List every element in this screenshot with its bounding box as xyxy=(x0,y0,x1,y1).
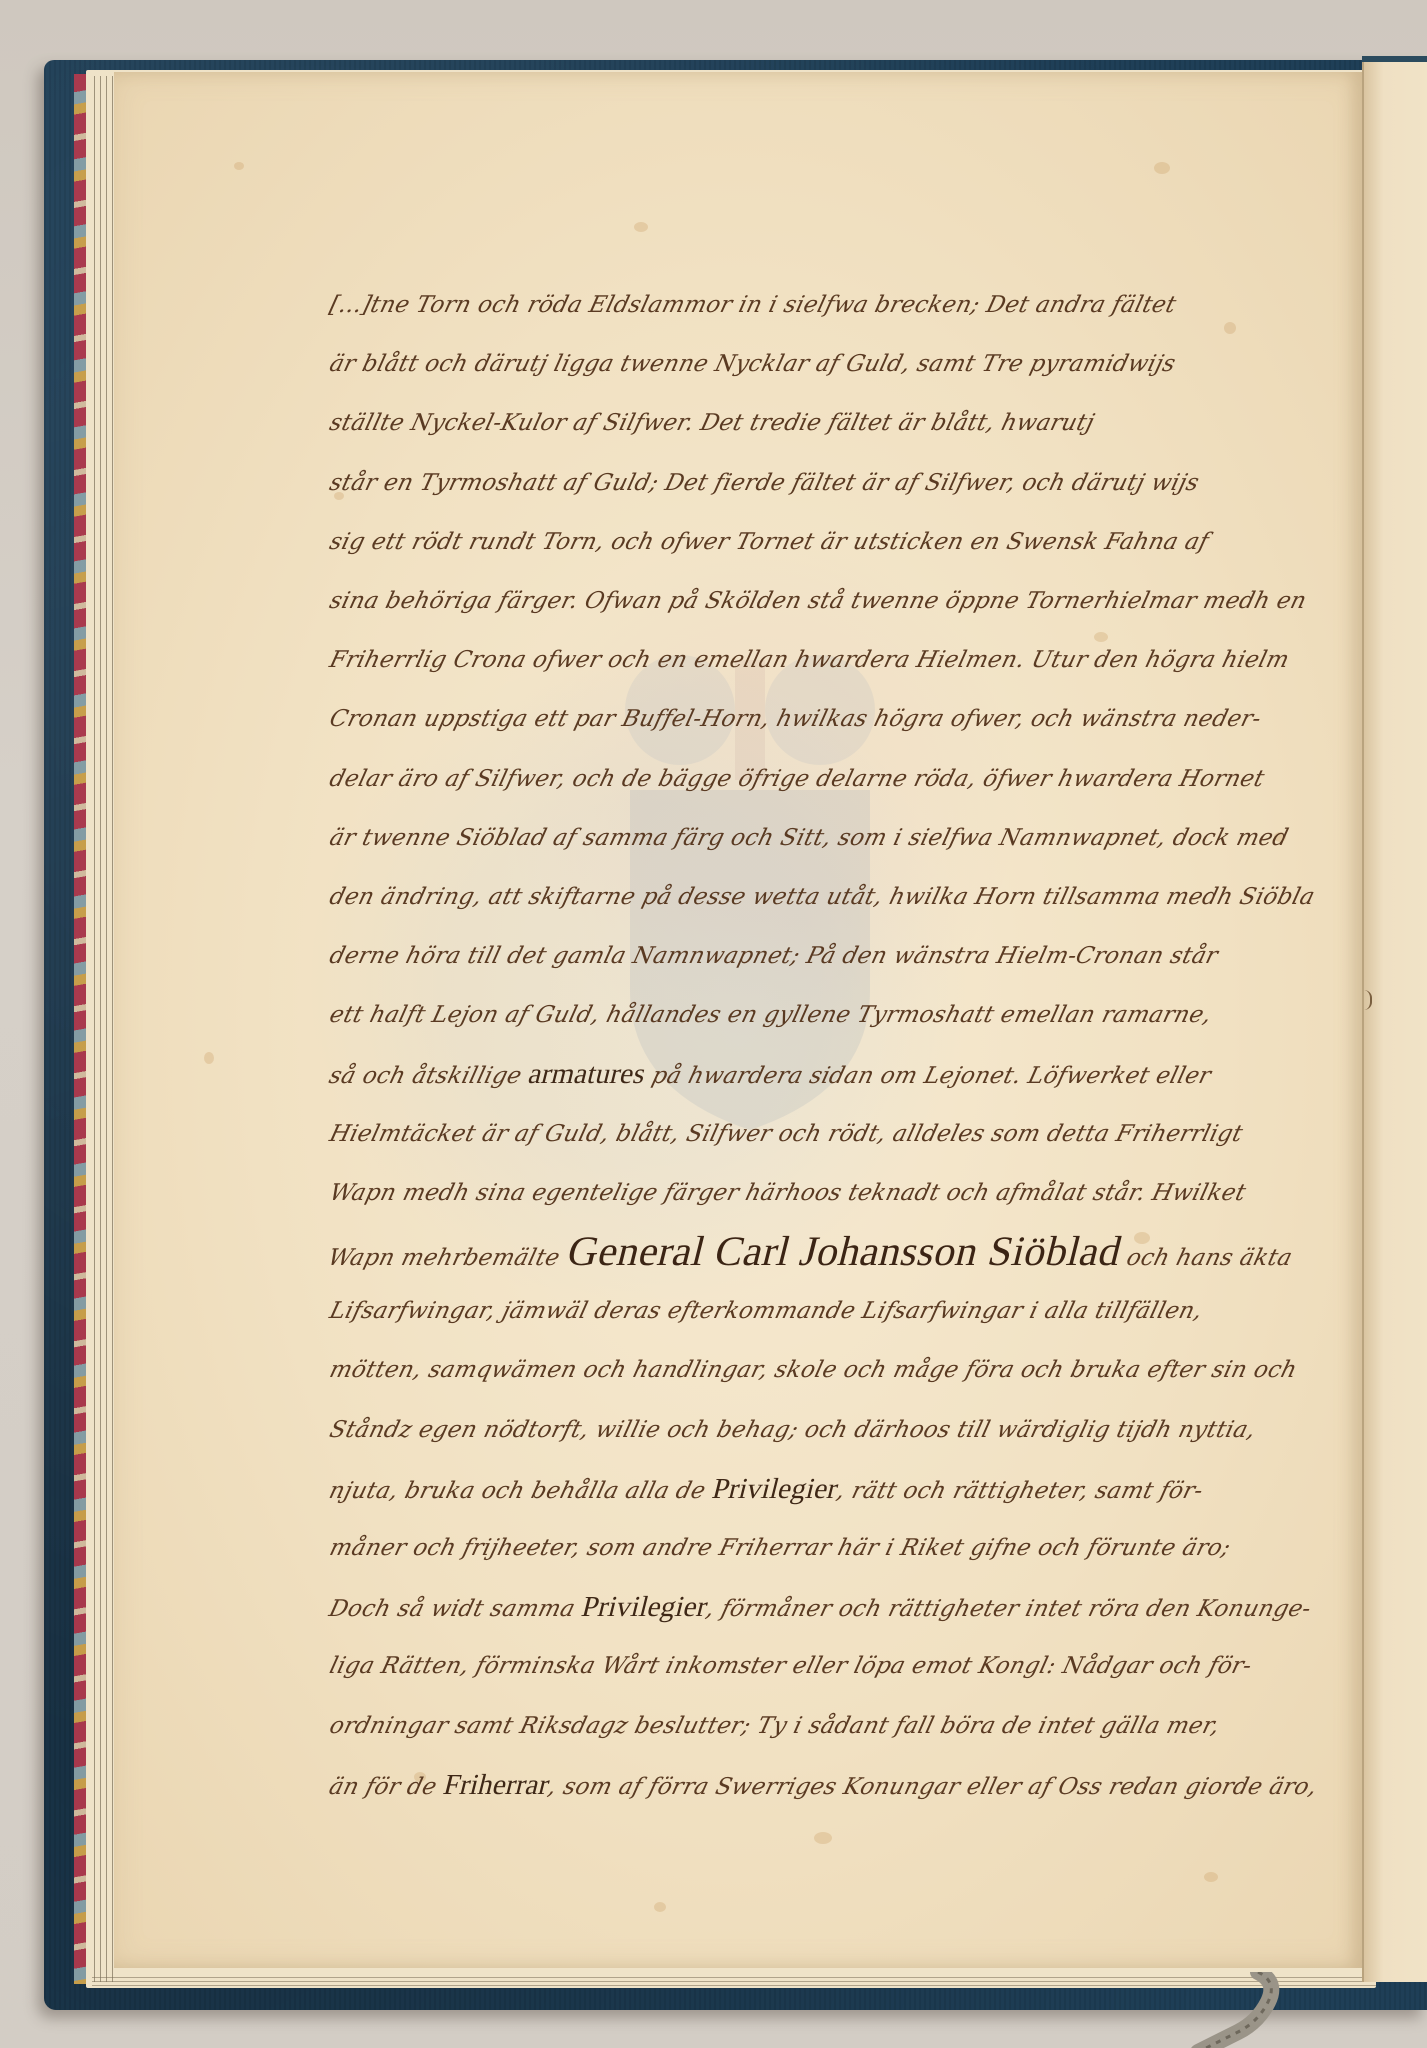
text-line: är blått och därutj ligga twenne Nycklar… xyxy=(323,335,1348,394)
latin-term: Privilegier xyxy=(709,1473,842,1505)
text-line: än för de Friherrar, som af förra Swerri… xyxy=(323,1756,1348,1815)
text-line: njuta, bruka och behålla alla de Privile… xyxy=(323,1460,1348,1519)
text-line: den ändring, att skiftarne på desse wett… xyxy=(323,868,1348,927)
text-line: sina behöriga färger. Ofwan på Skölden s… xyxy=(323,572,1348,631)
text-line: Cronan uppstiga ett par Buffel-Horn, hwi… xyxy=(323,690,1348,749)
text-line: liga Rätten, förminska Wårt inkomster el… xyxy=(323,1637,1348,1696)
latin-term: armatures xyxy=(525,1058,649,1090)
text-line: Wapn medh sina egentelige färger härhoos… xyxy=(323,1164,1348,1223)
text-line: Hielmtäcket är af Guld, blått, Silfwer o… xyxy=(323,1105,1348,1164)
text-line: ordningar samt Riksdagz beslutter; Ty i … xyxy=(323,1697,1348,1756)
text-line: står en Tyrmoshatt af Guld; Det fierde f… xyxy=(323,454,1348,513)
facing-page-edge xyxy=(1362,62,1427,1982)
text-line: ett halft Lejon af Guld, hållandes en gy… xyxy=(323,986,1348,1045)
manuscript-text: [...]tne Torn och röda Eldslammor in i s… xyxy=(330,276,1340,1815)
text-line: är twenne Siöblad af samma färg och Sitt… xyxy=(323,809,1348,868)
text-line: Friherrlig Crona ofwer och en emellan hw… xyxy=(323,631,1348,690)
text-line: så och åtskillige armatures på hwardera … xyxy=(323,1045,1348,1104)
latin-term: Privilegier xyxy=(579,1591,712,1623)
text-line: Doch så widt samma Privilegier, förmåner… xyxy=(323,1578,1348,1637)
text-line: delar äro af Silfwer, och de bägge öfrig… xyxy=(323,750,1348,809)
text-line: [...]tne Torn och röda Eldslammor in i s… xyxy=(323,276,1348,335)
text-line: sig ett rödt rundt Torn, och ofwer Torne… xyxy=(323,513,1348,572)
text-line: måner och frijheeter, som andre Friherra… xyxy=(323,1519,1348,1578)
latin-term: Friherrar xyxy=(440,1769,553,1801)
text-line: ställte Nyckel-Kulor af Silfwer. Det tre… xyxy=(323,394,1348,453)
text-line: Lifsarfwingar, jämwäl deras efterkommand… xyxy=(323,1282,1348,1341)
text-line: Wapn mehrbemälte General Carl Johansson … xyxy=(323,1223,1348,1282)
bookmark-tassel xyxy=(1188,1972,1298,2048)
text-line: Ståndz egen nödtorft, willie och behag; … xyxy=(323,1401,1348,1460)
text-line: mötten, samqwämen och handlingar, skole … xyxy=(323,1341,1348,1400)
text-line: derne höra till det gamla Namnwapnet; På… xyxy=(323,927,1348,986)
grantee-name: General Carl Johansson Siöblad xyxy=(563,1229,1127,1275)
marbled-endpaper-edge xyxy=(74,74,86,1984)
